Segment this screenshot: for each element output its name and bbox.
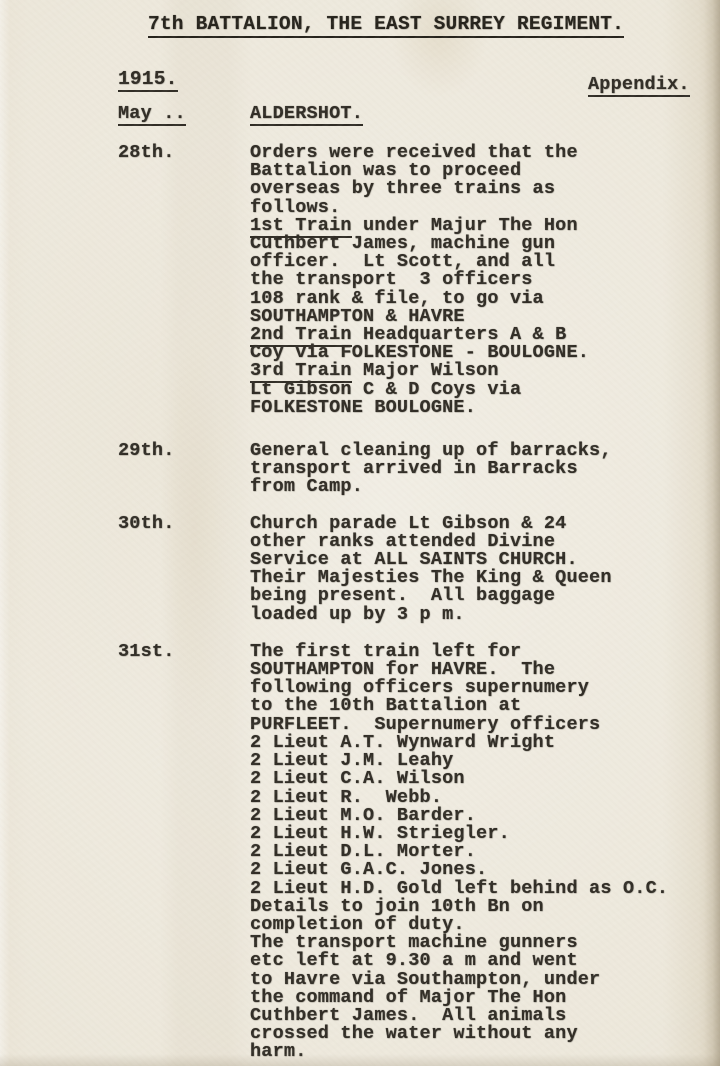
- entry-body: General cleaning up of barracks,transpor…: [250, 442, 720, 497]
- diary-entry: 28th.Orders were received that theBattal…: [0, 144, 720, 417]
- month-heading: May ..: [118, 103, 186, 126]
- entry-date: 31st.: [118, 643, 250, 1062]
- entry-date: 29th.: [118, 442, 250, 497]
- text-segment: FOLKESTONE BOULOGNE.: [250, 397, 476, 418]
- diary-entry: 29th.General cleaning up of barracks,tra…: [0, 442, 720, 497]
- entry-line: crossed the water without any: [250, 1025, 720, 1043]
- text-segment: harm.: [250, 1041, 307, 1062]
- entry-date: 28th.: [118, 144, 250, 417]
- text-segment: loaded up by 3 p m.: [250, 604, 465, 625]
- diary-entries: 28th.Orders were received that theBattal…: [0, 144, 720, 1062]
- paper-sheet: 7th BATTALION, THE EAST SURREY REGIMENT.…: [0, 0, 720, 1066]
- year-heading: 1915.: [118, 68, 178, 92]
- entry-date: 30th.: [118, 515, 250, 624]
- entry-body: Orders were received that theBattalion w…: [250, 144, 720, 417]
- text-segment: from Camp.: [250, 476, 363, 497]
- diary-entry: 31st.The first train left forSOUTHAMPTON…: [0, 643, 720, 1062]
- location-heading: ALDERSHOT.: [250, 103, 363, 126]
- entry-body: The first train left forSOUTHAMPTON for …: [250, 643, 720, 1062]
- diary-entry: 30th.Church parade Lt Gibson & 24other r…: [0, 515, 720, 624]
- page-title: 7th BATTALION, THE EAST SURREY REGIMENT.: [148, 13, 624, 38]
- entry-line: loaded up by 3 p m.: [250, 606, 720, 624]
- entry-body: Church parade Lt Gibson & 24other ranks …: [250, 515, 720, 624]
- entry-line: harm.: [250, 1043, 720, 1061]
- entry-line: FOLKESTONE BOULOGNE.: [250, 399, 720, 417]
- appendix-label: Appendix.: [588, 74, 690, 97]
- entry-line: from Camp.: [250, 478, 720, 496]
